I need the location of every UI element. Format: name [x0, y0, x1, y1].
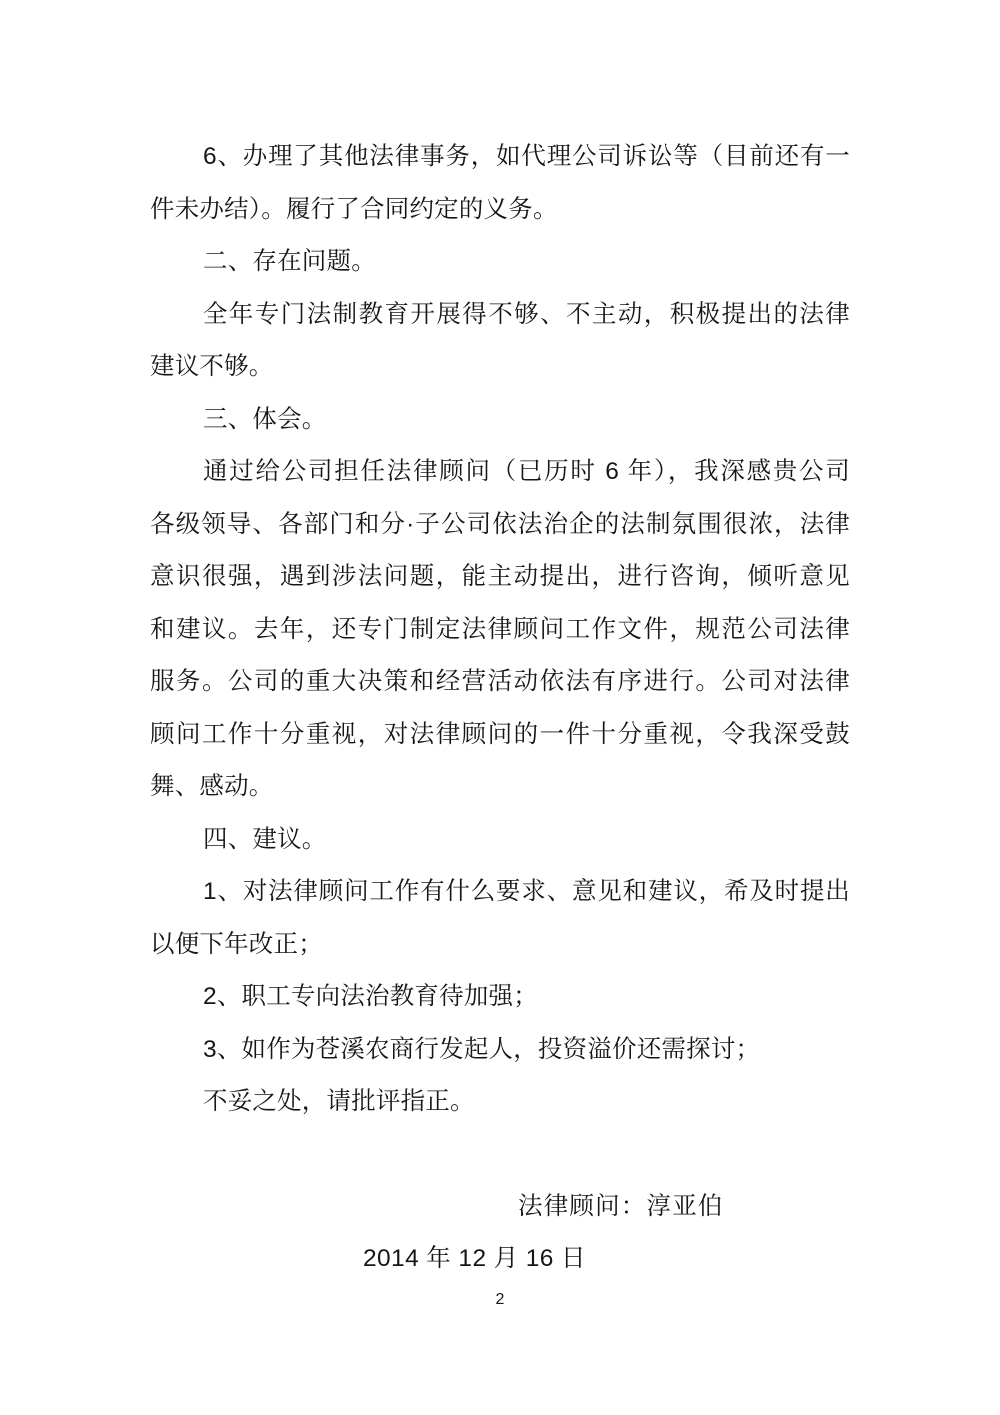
text-line: 舞、感动。 — [150, 761, 850, 814]
text-line: 2、职工专向法治教育待加强； — [150, 971, 850, 1024]
text-line: 以便下年改正； — [150, 919, 850, 972]
text-line: 不妥之处，请批评指正。 — [150, 1076, 850, 1129]
text-line: 建议不够。 — [150, 341, 850, 394]
text-line: 件未办结）。履行了合同约定的义务。 — [150, 184, 850, 237]
text-line: 全年专门法制教育开展得不够、不主动，积极提出的法律 — [150, 289, 850, 342]
text-line: 3、如作为苍溪农商行发起人，投资溢价还需探讨； — [150, 1024, 850, 1077]
document-body: 6、办理了其他法律事务，如代理公司诉讼等（目前还有一件未办结）。履行了合同约定的… — [150, 131, 850, 1129]
text-line: 通过给公司担任法律顾问（已历时 6 年），我深感贵公司 — [150, 446, 850, 499]
text-line: 6、办理了其他法律事务，如代理公司诉讼等（目前还有一 — [150, 131, 850, 184]
text-line: 四、建议。 — [150, 814, 850, 867]
text-line: 顾问工作十分重视，对法律顾问的一件十分重视，令我深受鼓 — [150, 709, 850, 762]
signature-line: 法律顾问：淳亚伯 — [518, 1181, 724, 1234]
document-page: 6、办理了其他法律事务，如代理公司诉讼等（目前还有一件未办结）。履行了合同约定的… — [0, 0, 1000, 1415]
text-line: 和建议。去年，还专门制定法律顾问工作文件，规范公司法律 — [150, 604, 850, 657]
text-line: 各级领导、各部门和分·子公司依法治企的法制氛围很浓，法律 — [150, 499, 850, 552]
text-line: 三、体会。 — [150, 394, 850, 447]
text-line: 服务。公司的重大决策和经营活动依法有序进行。公司对法律 — [150, 656, 850, 709]
text-line: 1、对法律顾问工作有什么要求、意见和建议，希及时提出 — [150, 866, 850, 919]
date-line: 2014 年 12 月 16 日 — [363, 1233, 586, 1286]
page-number: 2 — [0, 1288, 1000, 1312]
text-line: 二、存在问题。 — [150, 236, 850, 289]
text-line: 意识很强，遇到涉法问题，能主动提出，进行咨询，倾听意见 — [150, 551, 850, 604]
